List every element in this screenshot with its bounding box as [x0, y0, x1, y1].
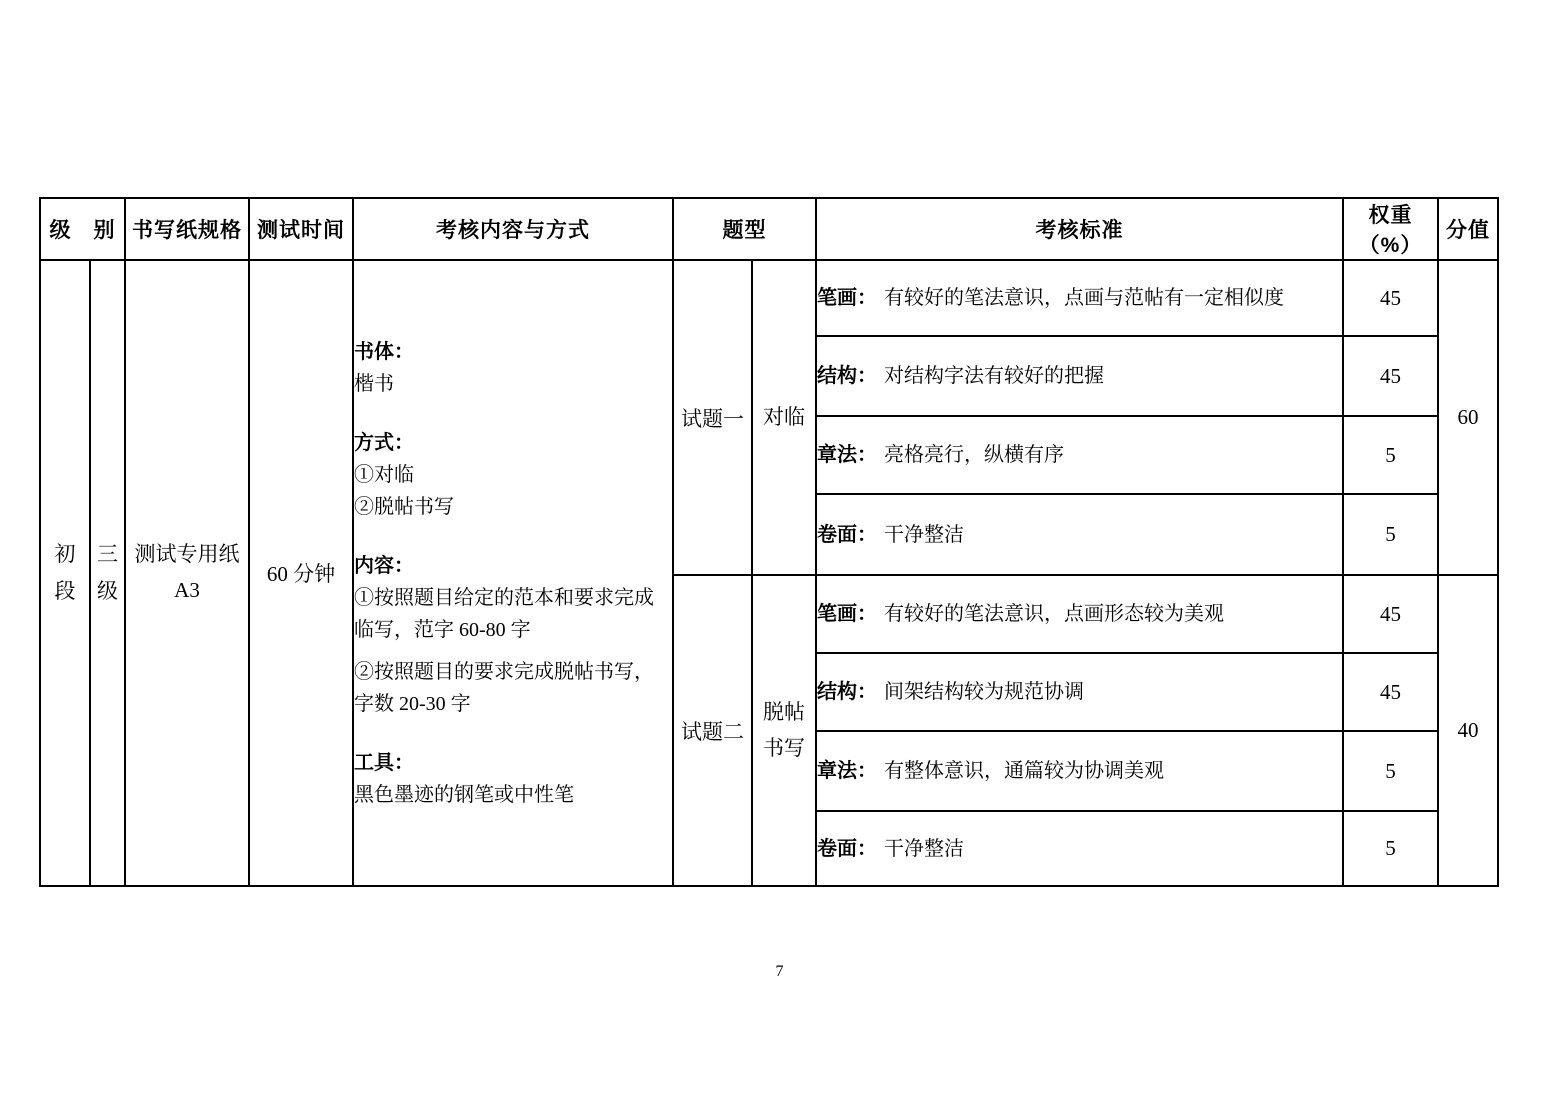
table-header-row: 级 别 书写纸规格 测试时间 考核内容与方式 题型 考核标准 权重（%） 分值 — [40, 198, 1498, 260]
table-row: 初段 三级 测试专用纸 A3 60 分钟 书体： 楷书 方式： ①对临 — [40, 260, 1498, 336]
page-number: 7 — [0, 963, 1559, 981]
weight-cell: 5 — [1343, 811, 1438, 886]
criteria-text: 干净整洁 — [884, 524, 964, 546]
criteria-cell: 卷面：干净整洁 — [816, 811, 1343, 886]
criteria-cell: 结构：对结构字法有较好的把握 — [816, 336, 1343, 416]
criteria-text: 干净整洁 — [884, 838, 964, 860]
section-method-line1: ①对临 — [354, 459, 672, 491]
level-grade-text: 三级 — [96, 536, 118, 610]
criteria-label: 笔画： — [817, 603, 877, 625]
score-cell-group2: 40 — [1438, 575, 1498, 886]
score-cell-group1: 60 — [1438, 260, 1498, 575]
section-content-title: 内容： — [354, 550, 672, 582]
question1-mode-cell: 对临 — [752, 260, 816, 575]
content-method-cell: 书体： 楷书 方式： ①对临 ②脱帖书写 内容： ①按照题目给定的范本和要求完成… — [353, 260, 673, 886]
section-script-line: 楷书 — [354, 368, 672, 400]
criteria-cell: 章法：有整体意识，通篇较为协调美观 — [816, 731, 1343, 811]
criteria-text: 有整体意识，通篇较为协调美观 — [884, 760, 1164, 782]
question2-text: 试题二 — [681, 720, 744, 744]
criteria-label: 结构： — [817, 365, 877, 387]
criteria-label: 章法： — [817, 760, 877, 782]
question1-cell: 试题一 — [673, 260, 752, 575]
question1-text: 试题一 — [681, 407, 744, 431]
criteria-label: 卷面： — [817, 524, 877, 546]
header-test-time: 测试时间 — [249, 198, 353, 260]
weight-cell: 45 — [1343, 575, 1438, 653]
criteria-text: 亮格亮行，纵横有序 — [884, 444, 1064, 466]
question2-cell: 试题二 — [673, 575, 752, 886]
paper-spec-cell: 测试专用纸 A3 — [125, 260, 249, 886]
weight-cell: 45 — [1343, 260, 1438, 336]
paper-spec-line1: 测试专用纸 — [126, 537, 248, 573]
criteria-label: 笔画： — [817, 287, 877, 309]
header-criteria: 考核标准 — [816, 198, 1343, 260]
criteria-text: 有较好的笔法意识，点画形态较为美观 — [884, 603, 1224, 625]
header-content-method: 考核内容与方式 — [353, 198, 673, 260]
criteria-cell: 笔画：有较好的笔法意识，点画形态较为美观 — [816, 575, 1343, 653]
weight-cell: 5 — [1343, 494, 1438, 575]
criteria-cell: 章法：亮格亮行，纵横有序 — [816, 416, 1343, 494]
criteria-cell: 笔画：有较好的笔法意识，点画与范帖有一定相似度 — [816, 260, 1343, 336]
section-method-title: 方式： — [354, 427, 672, 459]
header-level: 级 别 — [40, 198, 125, 260]
header-score: 分值 — [1438, 198, 1498, 260]
section-tools: 工具： 黑色墨迹的钢笔或中性笔 — [354, 747, 672, 811]
criteria-label: 结构： — [817, 681, 877, 703]
document-page: 级 别 书写纸规格 测试时间 考核内容与方式 题型 考核标准 权重（%） 分值 … — [0, 0, 1559, 1102]
level-grade-cell: 三级 — [90, 260, 125, 886]
weight-cell: 5 — [1343, 731, 1438, 811]
criteria-label: 卷面： — [817, 838, 877, 860]
header-weight: 权重（%） — [1343, 198, 1438, 260]
section-content-item1: ①按照题目给定的范本和要求完成临写，范字 60-80 字 — [354, 582, 672, 646]
weight-cell: 45 — [1343, 336, 1438, 416]
paper-spec-line2: A3 — [126, 573, 248, 609]
section-script-title: 书体： — [354, 336, 672, 368]
section-tools-title: 工具： — [354, 747, 672, 779]
test-time-text: 60 分钟 — [267, 562, 335, 586]
level-stage-text: 初段 — [54, 536, 76, 610]
weight-cell: 45 — [1343, 653, 1438, 731]
section-script: 书体： 楷书 — [354, 336, 672, 400]
assessment-table: 级 别 书写纸规格 测试时间 考核内容与方式 题型 考核标准 权重（%） 分值 … — [39, 197, 1499, 887]
question2-mode-cell: 脱帖书写 — [752, 575, 816, 886]
section-method-line2: ②脱帖书写 — [354, 491, 672, 523]
criteria-text: 对结构字法有较好的把握 — [884, 365, 1104, 387]
header-question-type: 题型 — [673, 198, 816, 260]
criteria-cell: 卷面：干净整洁 — [816, 494, 1343, 575]
criteria-label: 章法： — [817, 444, 877, 466]
question1-mode-text: 对临 — [763, 405, 805, 429]
section-method: 方式： ①对临 ②脱帖书写 — [354, 427, 672, 523]
question2-mode-text: 脱帖书写 — [762, 695, 806, 766]
section-tools-line: 黑色墨迹的钢笔或中性笔 — [354, 779, 672, 811]
level-stage-cell: 初段 — [40, 260, 90, 886]
weight-cell: 5 — [1343, 416, 1438, 494]
criteria-text: 有较好的笔法意识，点画与范帖有一定相似度 — [884, 287, 1284, 309]
header-paper-spec: 书写纸规格 — [125, 198, 249, 260]
section-content-item2: ②按照题目的要求完成脱帖书写，字数 20-30 字 — [354, 656, 672, 720]
criteria-text: 间架结构较为规范协调 — [884, 681, 1084, 703]
section-content: 内容： ①按照题目给定的范本和要求完成临写，范字 60-80 字 ②按照题目的要… — [354, 550, 672, 720]
criteria-cell: 结构：间架结构较为规范协调 — [816, 653, 1343, 731]
test-time-cell: 60 分钟 — [249, 260, 353, 886]
